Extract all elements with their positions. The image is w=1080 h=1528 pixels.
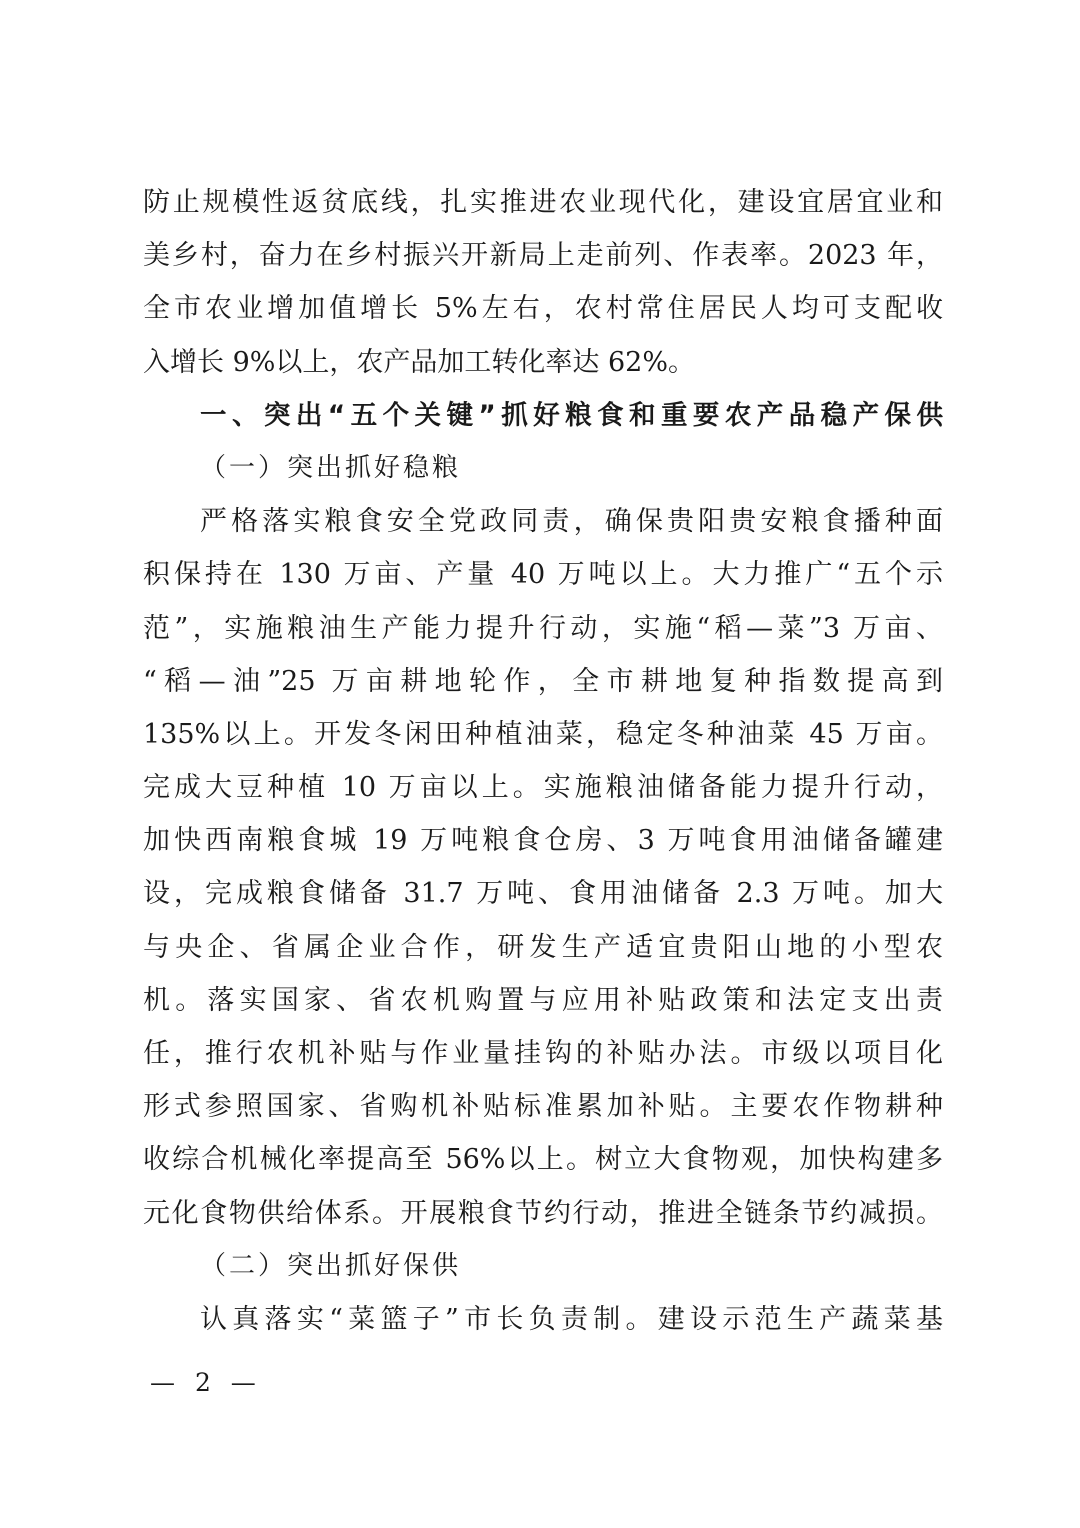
page-number: — 2 — xyxy=(150,1366,262,1400)
text-line: 全市农业增加值增长 5%左右，农村常住居民人均可支配收 xyxy=(143,282,943,335)
paragraph: 严格落实粮食安全党政同责，确保贵阳贵安粮食播种面 积保持在 130 万亩、产量 … xyxy=(143,495,943,1240)
text-line: 美乡村，奋力在乡村振兴开新局上走前列、作表率。2023 年， xyxy=(143,229,943,282)
text-line: “稻—油”25 万亩耕地轮作，全市耕地复种指数提高到 xyxy=(143,655,943,708)
text-line: 设，完成粮食储备 31.7 万吨、食用油储备 2.3 万吨。加大 xyxy=(143,867,943,920)
text-line: 严格落实粮食安全党政同责，确保贵阳贵安粮食播种面 xyxy=(143,495,943,548)
paragraph: 认真落实“菜篮子”市长负责制。建设示范生产蔬菜基 xyxy=(143,1293,943,1346)
subsection-heading: （一）突出抓好稳粮 xyxy=(143,442,943,495)
paragraph-continued: 防止规模性返贫底线，扎实推进农业现代化，建设宜居宜业和 美乡村，奋力在乡村振兴开… xyxy=(143,176,943,389)
text-line: 收综合机械化率提高至 56%以上。树立大食物观，加快构建多 xyxy=(143,1133,943,1186)
text-line: 入增长 9%以上，农产品加工转化率达 62%。 xyxy=(143,336,943,389)
text-line: 范”，实施粮油生产能力提升行动，实施“稻—菜”3 万亩、 xyxy=(143,602,943,655)
text-line: 元化食物供给体系。开展粮食节约行动，推进全链条节约减损。 xyxy=(143,1187,943,1240)
text-line: 积保持在 130 万亩、产量 40 万吨以上。大力推广“五个示 xyxy=(143,548,943,601)
text-line: 防止规模性返贫底线，扎实推进农业现代化，建设宜居宜业和 xyxy=(143,176,943,229)
text-line: 机。落实国家、省农机购置与应用补贴政策和法定支出责 xyxy=(143,974,943,1027)
text-line: 加快西南粮食城 19 万吨粮食仓房、3 万吨食用油储备罐建 xyxy=(143,814,943,867)
subsection-heading: （二）突出抓好保供 xyxy=(143,1240,943,1293)
text-line: 完成大豆种植 10 万亩以上。实施粮油储备能力提升行动， xyxy=(143,761,943,814)
text-line: 认真落实“菜篮子”市长负责制。建设示范生产蔬菜基 xyxy=(143,1293,943,1346)
text-line: 任，推行农机补贴与作业量挂钩的补贴办法。市级以项目化 xyxy=(143,1027,943,1080)
document-page: 防止规模性返贫底线，扎实推进农业现代化，建设宜居宜业和 美乡村，奋力在乡村振兴开… xyxy=(143,176,943,1346)
text-line: 与央企、省属企业合作，研发生产适宜贵阳山地的小型农 xyxy=(143,921,943,974)
text-line: 形式参照国家、省购机补贴标准累加补贴。主要农作物耕种 xyxy=(143,1080,943,1133)
text-line: 135%以上。开发冬闲田种植油菜，稳定冬种油菜 45 万亩。 xyxy=(143,708,943,761)
section-heading: 一、突出“五个关键”抓好粮食和重要农产品稳产保供 xyxy=(143,389,943,442)
